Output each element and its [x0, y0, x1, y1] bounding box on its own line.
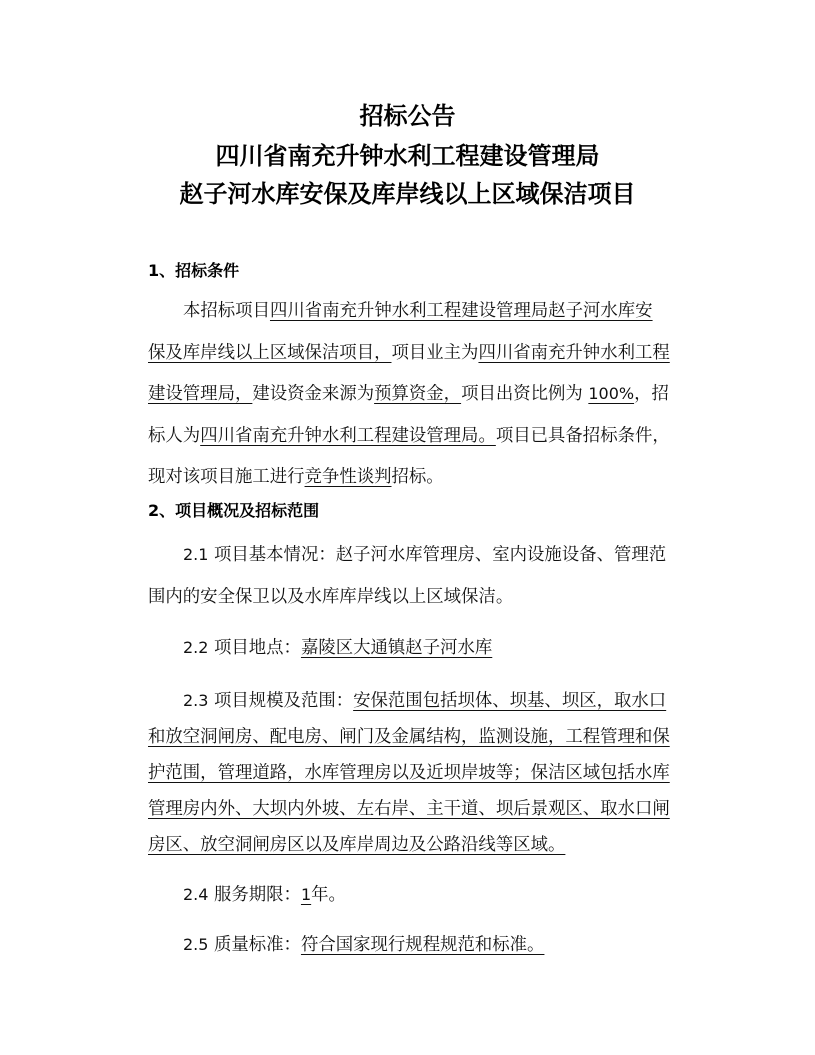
- section-1-line: 现对该项目施工进行竞争性谈判招标。: [148, 462, 668, 487]
- item-2-5-label: 2.5: [183, 935, 208, 954]
- item-2-3-line: 房区、放空洞闸房区以及库岸周边及公路沿线等区域。: [148, 830, 668, 855]
- text-run: 项目地点：: [214, 638, 301, 658]
- underlined-fill-text: 房区、放空洞闸房区以及库岸周边及公路沿线等区域。: [148, 835, 565, 855]
- section-1-line: 本招标项目四川省南充升钟水利工程建设管理局赵子河水库安: [183, 296, 668, 321]
- underlined-fill-text: 和放空洞闸房、配电房、闸门及金属结构，监测设施，工程管理和保: [148, 727, 670, 747]
- item-2-4-line: 2.4 服务期限：1年。: [183, 880, 668, 905]
- underlined-fill-text: 管理房内外、大坝内外坡、左右岸、主干道、坝后景观区、取水口闸: [148, 799, 670, 819]
- section-1-heading: 1、招标条件: [148, 258, 239, 281]
- item-2-3-label: 2.3: [183, 691, 208, 710]
- text-run: 建设资金来源为: [252, 384, 374, 404]
- item-2-1-line: 围内的安全保卫以及水库库岸线以上区域保洁。: [148, 582, 668, 607]
- underlined-fill-text: 符合国家现行规程规范和标准。: [301, 935, 544, 955]
- text-run: 本招标项目: [183, 301, 270, 321]
- text-run: 项目出资比例为: [461, 384, 588, 404]
- underlined-fill-text: 嘉陵区大通镇赵子河水库: [301, 638, 492, 658]
- text-run: ，招: [634, 384, 669, 404]
- section-2-heading: 2、项目概况及招标范围: [148, 498, 319, 521]
- section-1-line: 建设管理局，建设资金来源为预算资金，项目出资比例为 100%，招: [148, 379, 668, 404]
- text-run: 质量标准：: [214, 935, 301, 955]
- text-run: 服务期限：: [214, 885, 301, 905]
- underlined-fill-text: 四川省南充升钟水利工程建设管理局。: [200, 426, 496, 446]
- item-2-2-label: 2.2: [183, 638, 208, 657]
- item-2-3-line: 和放空洞闸房、配电房、闸门及金属结构，监测设施，工程管理和保: [148, 722, 668, 747]
- item-2-4-label: 2.4: [183, 885, 208, 904]
- item-2-3-line: 护范围，管理道路，水库管理房以及近坝岸坡等；保洁区域包括水库: [148, 758, 668, 783]
- doc-subtitle-agency: 四川省南充升钟水利工程建设管理局: [0, 136, 815, 171]
- underlined-fill-text: 保及库岸线以上区域保洁项目，: [148, 343, 391, 363]
- text-run: 项目基本情况：赵子河水库管理房、室内设施设备、管理范: [214, 545, 666, 565]
- text-run: 项目业主为: [391, 343, 478, 363]
- item-2-3-line: 2.3 项目规模及范围：安保范围包括坝体、坝基、坝区，取水口: [183, 686, 668, 711]
- underlined-fill-text: 预算资金，: [374, 384, 461, 404]
- text-run: 项目已具备招标条件，: [496, 426, 670, 446]
- item-2-1-line: 2.1 项目基本情况：赵子河水库管理房、室内设施设备、管理范: [183, 540, 668, 565]
- text-run: 年。: [311, 885, 346, 905]
- item-2-3-line: 管理房内外、大坝内外坡、左右岸、主干道、坝后景观区、取水口闸: [148, 794, 668, 819]
- underlined-fill-text: 竞争性谈判: [305, 467, 392, 487]
- underlined-fill-text: 100%: [588, 384, 634, 403]
- item-2-2-line: 2.2 项目地点：嘉陵区大通镇赵子河水库: [183, 633, 668, 658]
- underlined-fill-text: 安保范围包括坝体、坝基、坝区，取水口: [353, 691, 666, 711]
- underlined-fill-text: 四川省南充升钟水利工程: [478, 343, 669, 363]
- underlined-fill-text: 1: [301, 885, 311, 904]
- underlined-fill-text: 四川省南充升钟水利工程建设管理局赵子河水库安: [270, 301, 653, 321]
- text-run: 招标。: [392, 467, 444, 487]
- item-2-1-label: 2.1: [183, 545, 208, 564]
- section-1-line: 保及库岸线以上区域保洁项目，项目业主为四川省南充升钟水利工程: [148, 338, 668, 363]
- text-run: 现对该项目施工进行: [148, 467, 305, 487]
- section-1-line: 标人为四川省南充升钟水利工程建设管理局。项目已具备招标条件，: [148, 421, 668, 446]
- text-run: 标人为: [148, 426, 200, 446]
- text-run: 围内的安全保卫以及水库库岸线以上区域保洁。: [148, 587, 513, 607]
- text-run: 项目规模及范围：: [214, 691, 353, 711]
- item-2-5-line: 2.5 质量标准：符合国家现行规程规范和标准。: [183, 930, 668, 955]
- doc-title: 招标公告: [0, 96, 815, 131]
- underlined-fill-text: 护范围，管理道路，水库管理房以及近坝岸坡等；保洁区域包括水库: [148, 763, 670, 783]
- doc-subtitle-project: 赵子河水库安保及库岸线以上区域保洁项目: [0, 174, 815, 209]
- underlined-fill-text: 建设管理局，: [148, 384, 252, 404]
- document-page: 招标公告 四川省南充升钟水利工程建设管理局 赵子河水库安保及库岸线以上区域保洁项…: [0, 0, 815, 1055]
